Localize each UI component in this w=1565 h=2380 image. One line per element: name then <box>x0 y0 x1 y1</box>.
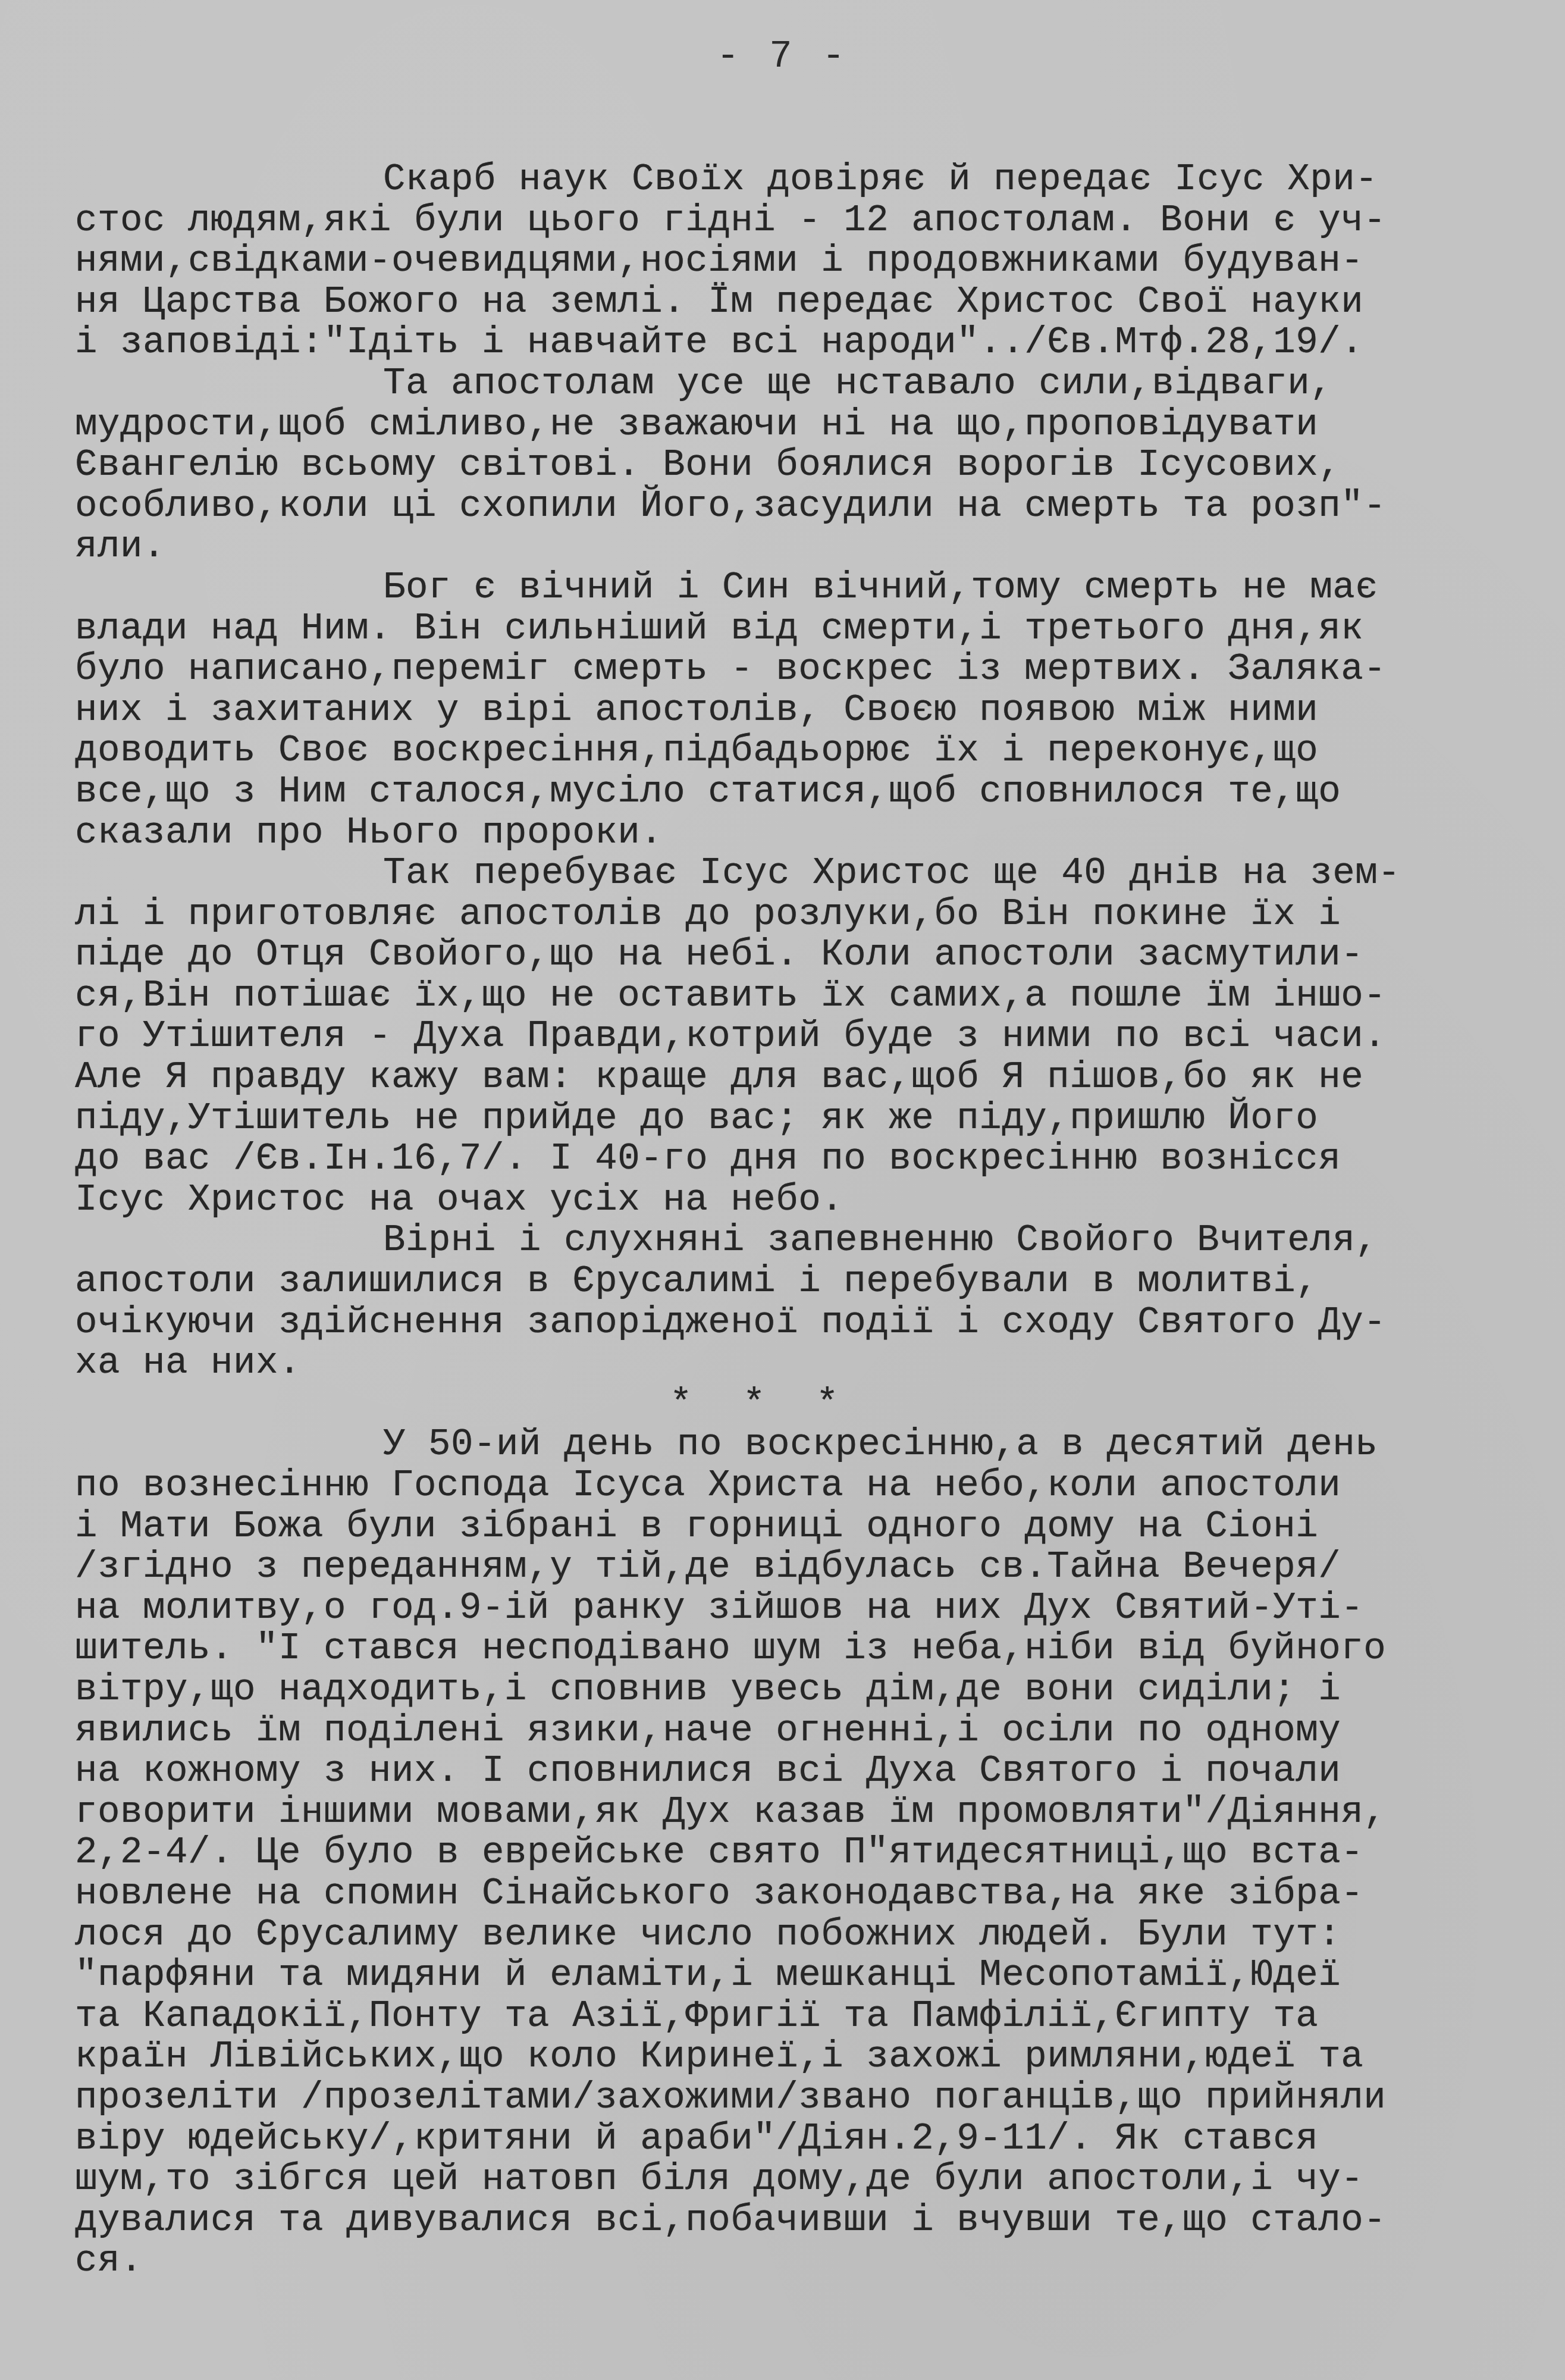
text-line: яли. <box>75 527 1503 568</box>
text-line: Ісус Христос на очах усіх на небо. <box>75 1180 1503 1221</box>
text-line: на кожному з них. І сповнилися всі Духа … <box>75 1751 1503 1792</box>
text-line: до вас /Єв.Ін.16,7/. І 40-го дня по воск… <box>75 1139 1503 1180</box>
text-line: дувалися та дивувалися всі,побачивши і в… <box>75 2200 1503 2241</box>
text-line: говорити іншими мовами,як Дух казав їм п… <box>75 1792 1503 1833</box>
text-line: доводить Своє воскресіння,підбадьорює їх… <box>75 731 1503 772</box>
text-line: ня Царства Божого на землі. Їм передає Х… <box>75 282 1503 323</box>
text-line: нями,свідками-очевидцями,носіями і продо… <box>75 241 1503 282</box>
text-line: апостоли залишилися в Єрусалимі і перебу… <box>75 1261 1503 1302</box>
text-line: Скарб наук Своїх довіряє й передає Ісус … <box>75 159 1503 201</box>
text-line: го Утішителя - Духа Правди,котрий буде з… <box>75 1016 1503 1057</box>
text-line: ся,Він потішає їх,що не оставить їх сами… <box>75 976 1503 1017</box>
text-line: ся. <box>75 2241 1503 2282</box>
text-line: влади над Ним. Він сильніший від смерти,… <box>75 609 1503 650</box>
text-line: ха на них. <box>75 1343 1503 1384</box>
text-line: новлене на спомин Сінайського законодавс… <box>75 1874 1503 1915</box>
text-line: вітру,що надходить,і сповнив увесь дім,д… <box>75 1670 1503 1711</box>
text-line: 2,2-4/. Це було в еврейське свято П"ятид… <box>75 1833 1503 1874</box>
text-line: явились їм поділені язики,наче огненні,і… <box>75 1711 1503 1752</box>
text-line: лося до Єрусалиму велике число побожних … <box>75 1915 1503 1956</box>
text-line: особливо,коли ці схопили Його,засудили н… <box>75 486 1503 527</box>
text-line: піде до Отця Свойого,що на небі. Коли ап… <box>75 935 1503 976</box>
text-line: і Мати Божа були зібрані в горниці одног… <box>75 1507 1503 1548</box>
page-number: - 7 - <box>0 36 1565 79</box>
text-line: віру юдейську/,критяни й араби"/Діян.2,9… <box>75 2119 1503 2160</box>
text-line: Так перебуває Ісус Христос ще 40 днів на… <box>75 853 1503 894</box>
text-line: Бог є вічний і Син вічний,тому смерть не… <box>75 568 1503 609</box>
text-line: сказали про Нього пророки. <box>75 813 1503 854</box>
text-line: У 50-ий день по воскресінню,а в десятий … <box>75 1424 1503 1465</box>
text-line: і заповіді:"Ідіть і навчайте всі народи"… <box>75 322 1503 364</box>
text-line: шитель. "І стався несподівано шум із неб… <box>75 1629 1503 1670</box>
text-line: них і захитаних у вірі апостолів, Своєю … <box>75 690 1503 731</box>
text-line: /згідно з переданням,у тій,де відбулась … <box>75 1547 1503 1588</box>
section-separator: * * * <box>75 1384 1503 1425</box>
text-line: лі і приготовляє апостолів до розлуки,бо… <box>75 894 1503 935</box>
text-line: Але Я правду кажу вам: краще для вас,щоб… <box>75 1057 1503 1098</box>
text-line: Євангелію всьому світові. Вони боялися в… <box>75 445 1503 486</box>
text-line: країн Лівійських,що коло Киринеї,і захож… <box>75 2037 1503 2078</box>
typewritten-page: - 7 - Скарб наук Своїх довіряє й передає… <box>0 0 1565 2380</box>
text-line: "парфяни та мидяни й еламіти,і мешканці … <box>75 1955 1503 1996</box>
text-line: прозеліти /прозелітами/захожими/звано по… <box>75 2078 1503 2119</box>
text-line: стос людям,які були цього гідні - 12 апо… <box>75 201 1503 242</box>
text-line: все,що з Ним сталося,мусіло статися,щоб … <box>75 772 1503 813</box>
text-line: було написано,переміг смерть - воскрес і… <box>75 649 1503 690</box>
text-line: Та апостолам усе ще нставало сили,відваг… <box>75 364 1503 405</box>
body-text: Скарб наук Своїх довіряє й передає Ісус … <box>75 159 1503 2282</box>
text-line: шум,то зібгся цей натовп біля дому,де бу… <box>75 2159 1503 2200</box>
text-line: на молитву,о год.9-ій ранку зійшов на ни… <box>75 1588 1503 1629</box>
text-line: очікуючи здійснення запорідженої події і… <box>75 1302 1503 1344</box>
text-line: по вознесінню Господа Ісуса Христа на не… <box>75 1465 1503 1507</box>
text-line: та Кападокії,Понту та Азії,Фригії та Пам… <box>75 1996 1503 2037</box>
text-line: мудрости,щоб сміливо,не зважаючи ні на щ… <box>75 405 1503 446</box>
text-line: піду,Утішитель не прийде до вас; як же п… <box>75 1098 1503 1139</box>
text-line: Вірні і слухняні запевненню Свойого Вчит… <box>75 1220 1503 1261</box>
